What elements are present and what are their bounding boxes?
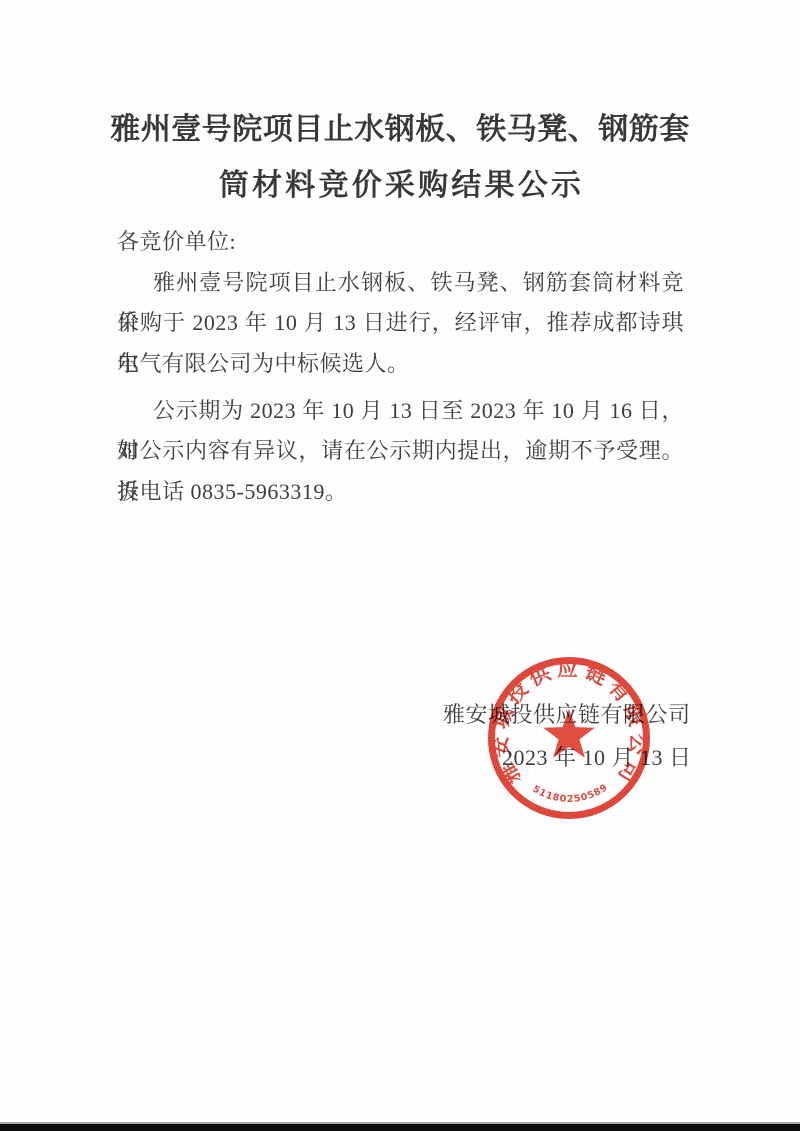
- title-line-2: 筒材料竞价采购结果公示: [0, 158, 800, 214]
- scan-bottom-edge: [0, 1122, 800, 1131]
- paragraph-1-line-2: 采购于 2023 年 10 月 13 日进行，经评审，推荐成都诗琪尔: [117, 303, 684, 344]
- title-line-1: 雅州壹号院项目止水钢板、铁马凳、钢筋套: [0, 102, 800, 158]
- paragraph-1-line-1: 雅州壹号院项目止水钢板、铁马凳、钢筋套筒材料竞价: [117, 263, 684, 304]
- signature-date: 2023 年 10 月 13 日: [502, 741, 692, 772]
- paragraph-2-line-2: 对公示内容有异议，请在公示期内提出，逾期不予受理。投: [117, 431, 684, 472]
- seal-outer-ring: [492, 661, 647, 816]
- paragraph-1-line-3: 电气有限公司为中标候选人。: [117, 344, 684, 385]
- salutation: 各竞价单位:: [117, 222, 684, 263]
- paragraph-2-line-3: 诉电话 0835-5963319。: [117, 472, 684, 513]
- paragraph-2-line-1: 公示期为 2023 年 10 月 13 日至 2023 年 10 月 16 日，…: [117, 391, 684, 432]
- document-body: 各竞价单位: 雅州壹号院项目止水钢板、铁马凳、钢筋套筒材料竞价 采购于 2023…: [117, 222, 684, 513]
- page-title: 雅州壹号院项目止水钢板、铁马凳、钢筋套 筒材料竞价采购结果公示: [0, 102, 800, 214]
- document-page: 雅州壹号院项目止水钢板、铁马凳、钢筋套 筒材料竞价采购结果公示 各竞价单位: 雅…: [0, 0, 800, 1131]
- company-seal-stamp: 雅安城投供应链有限公司 5118025058907: [474, 643, 664, 833]
- signature-company-name: 雅安城投供应链有限公司: [443, 698, 691, 729]
